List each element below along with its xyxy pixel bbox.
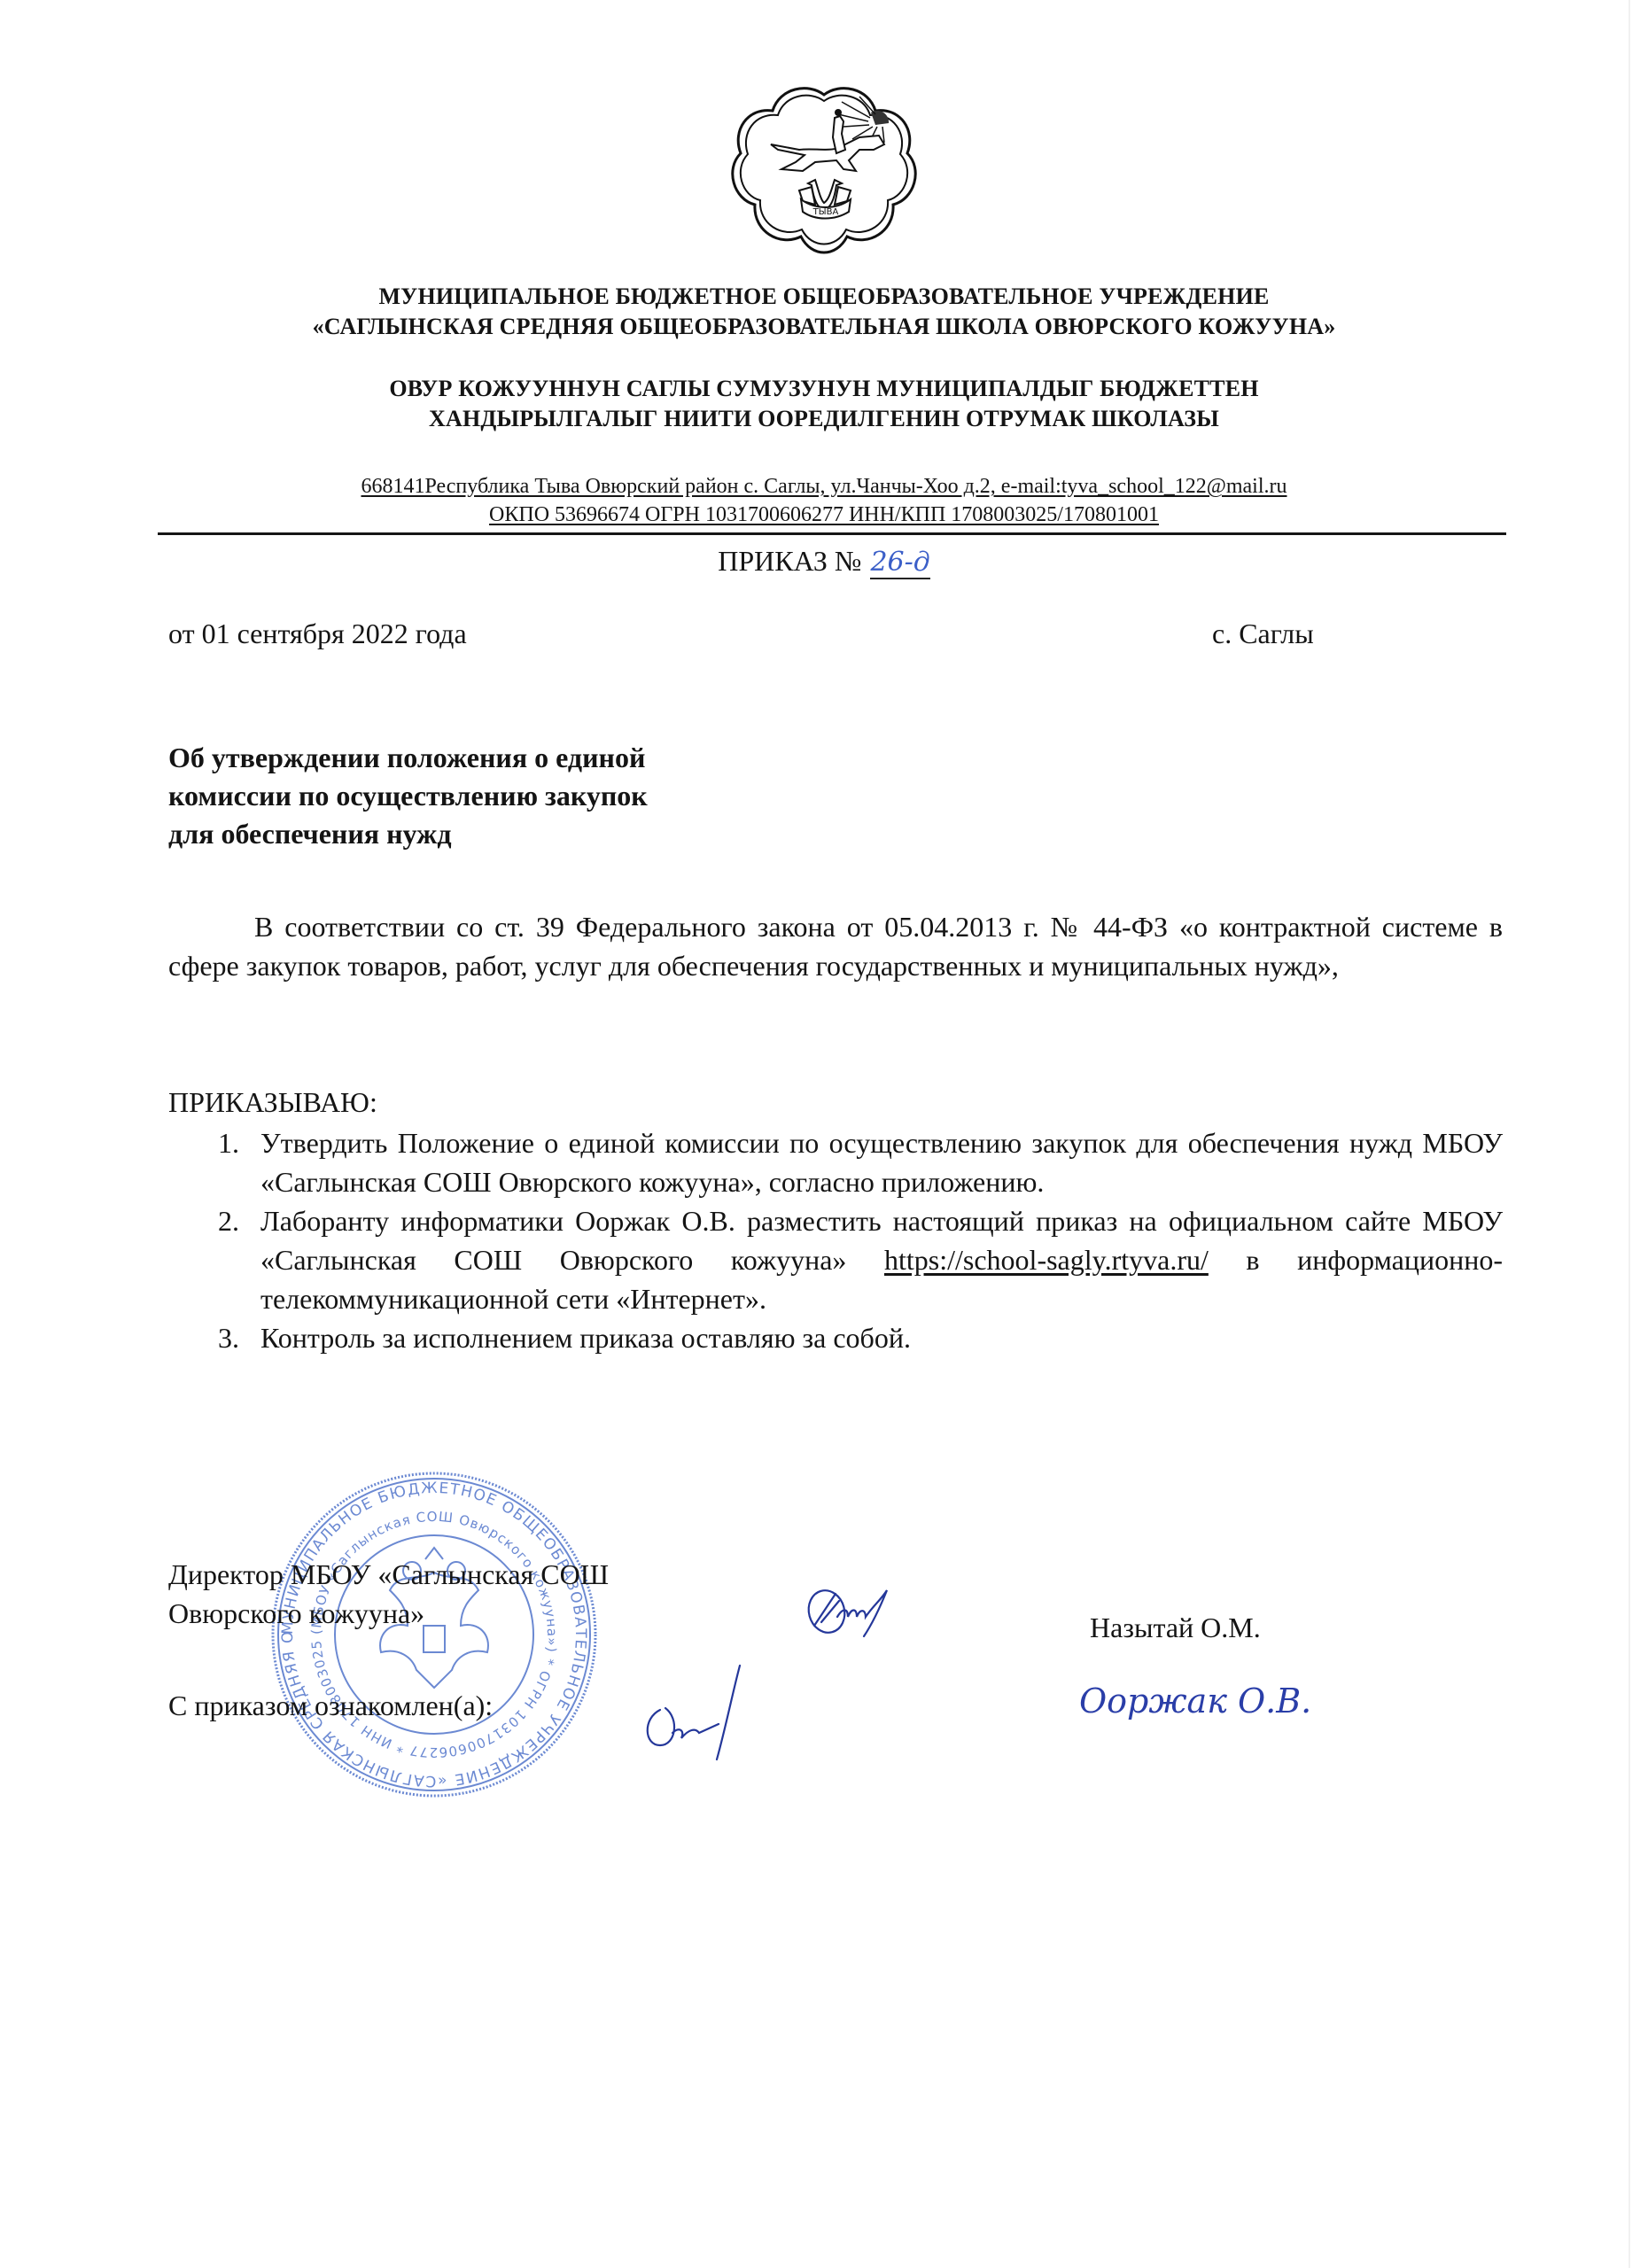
codes-line: ОКПО 53696674 ОГРН 1031700606277 ИНН/КПП… (0, 501, 1648, 528)
order-title-label: ПРИКАЗ № (718, 545, 861, 577)
registration-codes: ОКПО 53696674 ОГРН 1031700606277 ИНН/КПП… (489, 503, 1159, 526)
header-divider (158, 532, 1506, 535)
director-signature-icon (802, 1581, 917, 1643)
school-website-link[interactable]: https://school-sagly.rtyva.ru/ (884, 1244, 1209, 1276)
order-directive-heading: ПРИКАЗЫВАЮ: (168, 1084, 377, 1120)
svg-text:ТЫВА: ТЫВА (812, 207, 839, 217)
institution-name-tyv-line2: ХАНДЫРЫЛГАЛЫГ НИИТИ ООРЕДИЛГЕНИН ОТРУМАК… (0, 404, 1648, 434)
official-stamp-icon: МУНИЦИПАЛЬНОЕ БЮДЖЕТНОЕ ОБЩЕОБРАЗОВАТЕЛЬ… (266, 1466, 602, 1803)
order-item-text: Контроль за исполнением приказа оставляю… (260, 1322, 911, 1354)
address-line: 668141Республика Тыва Овюрский район с. … (0, 473, 1648, 500)
tyva-coat-of-arms-icon: ТЫВА (727, 84, 921, 261)
order-item: 3. Контроль за исполнением приказа остав… (168, 1318, 1503, 1357)
director-title: Директор МБОУ «Саглынская СОШ Овюрского … (168, 1555, 609, 1633)
order-title: ПРИКАЗ №26-д (0, 543, 1648, 579)
institution-name-tyv: ОВУР КОЖУУННУН САГЛЫ СУМУЗУНУН МУНИЦИПАЛ… (0, 374, 1648, 434)
institution-name-tyv-line1: ОВУР КОЖУУННУН САГЛЫ СУМУЗУНУН МУНИЦИПАЛ… (0, 374, 1648, 404)
institution-name-ru-line2: «САГЛЫНСКАЯ СРЕДНЯЯ ОБЩЕОБРАЗОВАТЕЛЬНАЯ … (0, 312, 1648, 342)
order-items-list: 1. Утвердить Положение о единой комиссии… (168, 1123, 1503, 1357)
address-text: 668141Республика Тыва Овюрский район с. … (361, 475, 1287, 498)
director-title-line: Овюрского кожууна» (168, 1594, 609, 1633)
subject-line: комиссии по осуществлению закупок (168, 777, 859, 815)
order-date: от 01 сентября 2022 года (168, 616, 467, 651)
order-item: 2. Лаборанту информатики Ооржак О.В. раз… (168, 1201, 1503, 1318)
subject-line: для обеспечения нужд (168, 815, 859, 853)
order-item-text: Утвердить Положение о единой комиссии по… (260, 1127, 1503, 1198)
order-number-handwritten: 26-д (870, 548, 929, 579)
order-item-number: 1. (218, 1123, 239, 1162)
order-item: 1. Утвердить Положение о единой комиссии… (168, 1123, 1503, 1201)
director-title-line: Директор МБОУ «Саглынская СОШ (168, 1555, 609, 1594)
order-place: с. Саглы (1212, 616, 1314, 651)
acknowledgement-signature-icon (634, 1657, 784, 1763)
order-item-number: 3. (218, 1318, 239, 1357)
order-subject: Об утверждении положения о единой комисс… (168, 739, 859, 853)
acknowledgement-handwritten-name: Ооржак О.В. (1079, 1679, 1311, 1723)
order-item-number: 2. (218, 1201, 239, 1240)
preamble-paragraph: В соответствии со ст. 39 Федерального за… (168, 907, 1503, 985)
acknowledgement-label: С приказом ознакомлен(а): (168, 1686, 493, 1725)
institution-name-ru-line1: МУНИЦИПАЛЬНОЕ БЮДЖЕТНОЕ ОБЩЕОБРАЗОВАТЕЛЬ… (0, 282, 1648, 312)
director-name: Назытай О.М. (1090, 1608, 1261, 1647)
subject-line: Об утверждении положения о единой (168, 739, 859, 777)
institution-name-ru: МУНИЦИПАЛЬНОЕ БЮДЖЕТНОЕ ОБЩЕОБРАЗОВАТЕЛЬ… (0, 282, 1648, 342)
